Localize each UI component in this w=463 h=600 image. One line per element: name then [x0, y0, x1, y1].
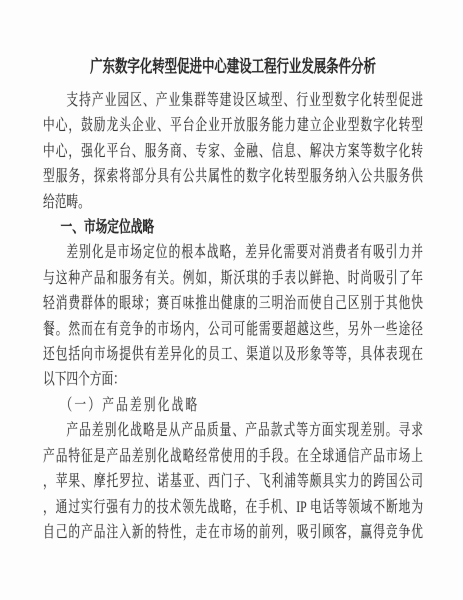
text-line: 餐。然而在有竞争的市场内，公司可能需要超越这些，另外一些途径: [43, 317, 423, 342]
document-title: 广东数字化转型促进中心建设工程行业发展条件分析: [43, 54, 423, 80]
text-line: 型服务，探索将部分具有公共属性的数字化转型服务纳入公共服务供: [43, 164, 423, 189]
text-line: 自己的产品注入新的特性，走在市场的前列，吸引顾客，赢得竞争优: [43, 520, 423, 545]
text-line: 中心，强化平台、服务商、专家、金融、信息、解决方案等数字化转: [43, 139, 423, 164]
page-content: 广东数字化转型促进中心建设工程行业发展条件分析 支持产业园区、产业集群等建设区域…: [43, 54, 423, 545]
text-line: 给范畴。: [43, 190, 423, 215]
text-line: ，通过实行强有力的技术领先战略，在手机、IP 电话等领域不断地为: [43, 495, 423, 520]
subsection-1-1-heading: （一）产品差别化战略: [43, 393, 423, 418]
text-line: 支持产业园区、产业集群等建设区域型、行业型数字化转型促进: [43, 88, 423, 113]
text-line: 轻消费群体的眼球；赛百味推出健康的三明治而使自己区别于其他快: [43, 291, 423, 316]
text-line: 以下四个方面：: [43, 367, 423, 392]
paragraph-3: 产品差别化战略是从产品质量、产品款式等方面实现差别。寻求产品特征是产品差别化战略…: [43, 418, 423, 545]
paragraph-2: 差别化是市场定位的根本战略，差异化需要对消费者有吸引力并与这种产品和服务有关。例…: [43, 240, 423, 392]
text-line: 与这种产品和服务有关。例如，斯沃琪的手表以鲜艳、时尚吸引了年: [43, 266, 423, 291]
text-line: 差别化是市场定位的根本战略，差异化需要对消费者有吸引力并: [43, 240, 423, 265]
paragraph-1: 支持产业园区、产业集群等建设区域型、行业型数字化转型促进中心，鼓励龙头企业、平台…: [43, 88, 423, 215]
document-page: 广东数字化转型促进中心建设工程行业发展条件分析 支持产业园区、产业集群等建设区域…: [0, 0, 463, 600]
text-line: 产品差别化战略是从产品质量、产品款式等方面实现差别。寻求: [43, 418, 423, 443]
text-line: 中心，鼓励龙头企业、平台企业开放服务能力建立企业型数字化转型: [43, 113, 423, 138]
text-line: 产品特征是产品差别化战略经常使用的手段。在全球通信产品市场上: [43, 444, 423, 469]
section-1-heading: 一、市场定位战略: [43, 215, 423, 240]
text-line: 还包括向市场提供有差异化的员工、渠道以及形象等等，具体表现在: [43, 342, 423, 367]
text-line: ，苹果、摩托罗拉、诺基亚、西门子、飞利浦等颇具实力的跨国公司: [43, 469, 423, 494]
